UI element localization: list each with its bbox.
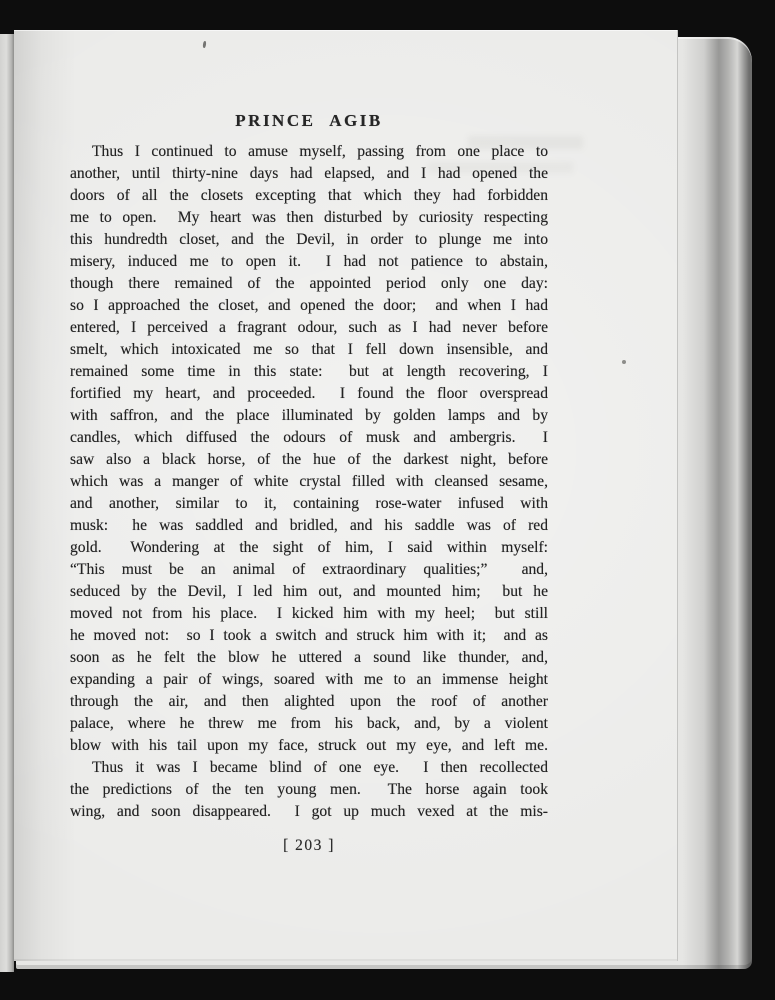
page-heading: PRINCE AGIB <box>70 111 548 131</box>
text-line: soon as he felt the blow he uttered a so… <box>70 647 548 669</box>
text-line: expanding a pair of wings, soared with m… <box>70 669 548 691</box>
page-number: [ 203 ] <box>70 837 548 855</box>
text-line: with saffron, and the place illuminated … <box>70 405 548 427</box>
ink-speck <box>622 360 626 364</box>
text-line: palace, where he threw me from his back,… <box>70 713 548 735</box>
text-line: so I approached the closet, and opened t… <box>70 295 548 317</box>
text-line: another, until thirty-nine days had elap… <box>70 163 548 185</box>
text-line: smelt, which intoxicated me so that I fe… <box>70 339 548 361</box>
text-line: me to open. My heart was then disturbed … <box>70 207 548 229</box>
text-line: fortified my heart, and proceeded. I fou… <box>70 383 548 405</box>
photographed-book-page: PRINCE AGIB Thus I continued to amuse my… <box>0 0 775 1000</box>
text-line: remained some time in this state: but at… <box>70 361 548 383</box>
text-line: doors of all the closets excepting that … <box>70 185 548 207</box>
text-line: through the air, and then alighted upon … <box>70 691 548 713</box>
text-line: blow with his tail upon my face, struck … <box>70 735 548 757</box>
text-line: moved not from his place. I kicked him w… <box>70 603 548 625</box>
text-line: this hundredth closet, and the Devil, in… <box>70 229 548 251</box>
text-line: Thus I continued to amuse myself, passin… <box>70 141 548 163</box>
text-body: Thus I continued to amuse myself, passin… <box>70 141 548 823</box>
facing-page-gutter-edge <box>0 34 14 972</box>
text-line: which was a manger of white crystal fill… <box>70 471 548 493</box>
text-line: Thus it was I became blind of one eye. I… <box>70 757 548 779</box>
text-line: the predictions of the ten young men. Th… <box>70 779 548 801</box>
text-line: wing, and soon disappeared. I got up muc… <box>70 801 548 823</box>
text-line: gold. Wondering at the sight of him, I s… <box>70 537 548 559</box>
text-line: saw also a black horse, of the hue of th… <box>70 449 548 471</box>
text-line: entered, I perceived a fragrant odour, s… <box>70 317 548 339</box>
text-line: candles, which diffused the odours of mu… <box>70 427 548 449</box>
text-line: misery, induced me to open it. I had not… <box>70 251 548 273</box>
text-line: though there remained of the appointed p… <box>70 273 548 295</box>
text-line: “This must be an animal of extraordinary… <box>70 559 548 581</box>
text-line: musk: he was saddled and bridled, and hi… <box>70 515 548 537</box>
text-line: and another, similar to it, containing r… <box>70 493 548 515</box>
text-line: seduced by the Devil, I led him out, and… <box>70 581 548 603</box>
text-line: he moved not: so I took a switch and str… <box>70 625 548 647</box>
